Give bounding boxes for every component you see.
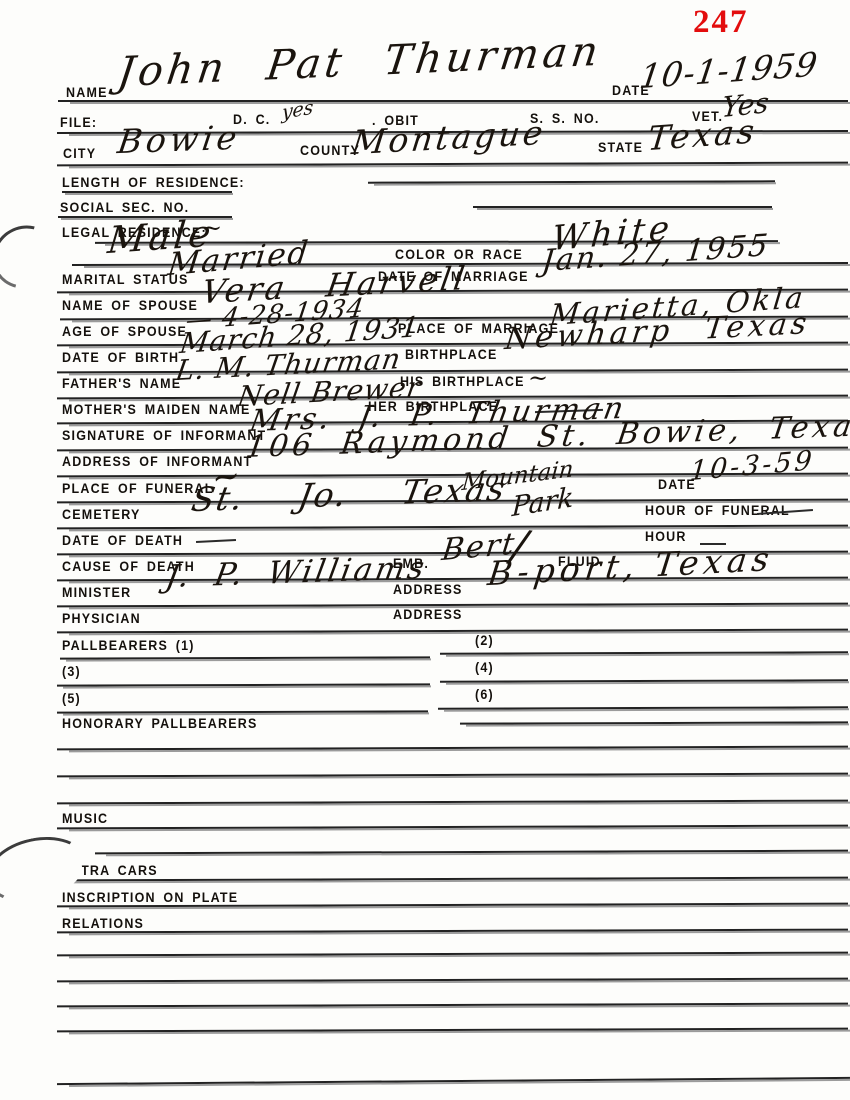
- label-hour: HOUR: [645, 529, 687, 544]
- entry-minister-address: B-port, Texas: [486, 542, 776, 590]
- label-place-of-funeral: PLACE OF FUNERAL: [62, 481, 214, 496]
- field-rule: [57, 929, 848, 937]
- field-rule: [62, 191, 232, 196]
- entry-funeral-date: 10-3-59: [689, 447, 816, 485]
- entry-county: Montague: [350, 116, 548, 159]
- label-social-sec-no: SOCIAL SEC. NO.: [60, 200, 189, 215]
- field-rule: [57, 746, 848, 754]
- field-rule: [57, 162, 848, 170]
- entry-minister: J. P. Williams: [163, 553, 429, 593]
- label-honorary-pallbearers: HONORARY PALLBEARERS: [62, 716, 258, 731]
- field-rule: [440, 679, 848, 685]
- label-date-of-birth: DATE OF BIRTH: [62, 350, 179, 365]
- entry-his-birthplace-mark: ~: [528, 366, 548, 390]
- label-pallbearers-3: (3): [62, 664, 81, 679]
- field-rule: [438, 706, 848, 712]
- label-name-of-spouse: NAME OF SPOUSE: [62, 298, 198, 313]
- label-physician: PHYSICIAN: [62, 611, 141, 626]
- entry-city: Bowie: [116, 121, 243, 158]
- field-rule: [57, 1003, 848, 1011]
- label-minister: MINISTER: [62, 585, 131, 600]
- entry-date: 10-1-1959: [638, 47, 821, 93]
- label-pallbearers-1: PALLBEARERS (1): [62, 638, 195, 653]
- field-rule: [57, 683, 430, 689]
- label-birthplace: BIRTHPLACE: [405, 347, 498, 362]
- field-rule: [440, 651, 848, 657]
- date-of-death-strike-mark: [196, 539, 236, 543]
- entry-dc: yes: [281, 98, 314, 123]
- page-number: 247: [693, 4, 749, 41]
- field-rule: [473, 206, 772, 211]
- field-rule: [57, 800, 848, 808]
- label-mothers-maiden-name: MOTHER'S MAIDEN NAME: [62, 402, 251, 417]
- label-length-of-residence: LENGTH OF RESIDENCE:: [62, 175, 245, 190]
- label-name: NAME: [66, 85, 108, 100]
- field-rule: [57, 773, 848, 781]
- field-rule: [57, 877, 848, 885]
- field-rule: [460, 721, 848, 727]
- label-state: STATE: [598, 140, 643, 155]
- field-rule: [57, 952, 848, 960]
- field-rule: [57, 629, 848, 637]
- label-file: FILE:: [60, 115, 97, 130]
- label-inscription-on-plate: INSCRIPTION ON PLATE: [62, 890, 238, 905]
- punch-hole-arc: [0, 214, 69, 301]
- field-rule: [57, 1077, 850, 1088]
- entry-state: Texas: [646, 114, 758, 155]
- field-rule: [95, 850, 848, 858]
- label-signature-of-informant: SIGNATURE OF INFORMANT: [62, 428, 266, 443]
- label-hour-of-funeral: HOUR OF FUNERAL: [645, 503, 790, 518]
- label-city: CITY: [63, 146, 96, 161]
- label-fathers-name: FATHER'S NAME: [62, 376, 181, 391]
- label-minister-address: ADDRESS: [393, 582, 463, 597]
- label-date-of-death: DATE OF DEATH: [62, 533, 183, 548]
- entry-cemetery-line3: Park: [511, 484, 574, 521]
- label-music: MUSIC: [62, 811, 108, 826]
- label-physician-address: ADDRESS: [393, 607, 463, 622]
- field-rule: [60, 656, 430, 662]
- field-rule: [57, 978, 848, 986]
- scanned-funeral-record-form: 247 NAME John Pat Thurman DATE 10-1-1959…: [0, 0, 850, 1100]
- label-relations: RELATIONS: [62, 916, 144, 931]
- label-pallbearers-5: (5): [62, 691, 81, 706]
- label-pallbearers-6: (6): [475, 687, 494, 702]
- label-age-of-spouse: AGE OF SPOUSE: [62, 324, 187, 339]
- label-pallbearers-2: (2): [475, 633, 494, 648]
- field-rule: [57, 1028, 848, 1036]
- label-pallbearers-4: (4): [475, 660, 494, 675]
- entry-name: John Pat Thurman: [115, 31, 604, 93]
- label-cemetery: CEMETERY: [62, 507, 141, 522]
- field-rule: [368, 180, 775, 186]
- field-rule: [57, 825, 848, 833]
